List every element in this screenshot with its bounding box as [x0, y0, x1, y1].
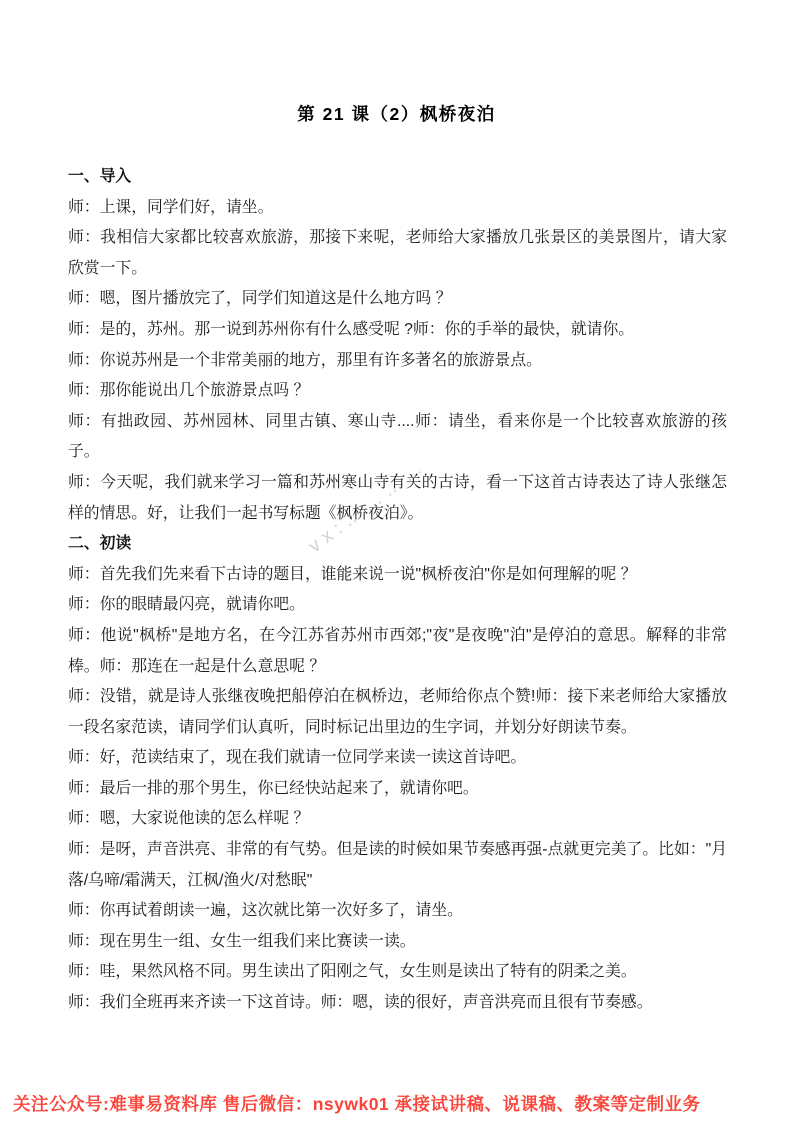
- document-body: 一、导入 师：上课，同学们好，请坐。 师：我相信大家都比较喜欢旅游，那接下来呢，…: [0, 162, 793, 1019]
- dialogue-line: 师：他说"枫桥"是地方名，在今江苏省苏州市西郊;"夜"是夜晚"泊"是停泊的意思。…: [68, 621, 727, 682]
- footer-promo: 关注公众号:难事易资料库 售后微信：nsywk01 承接试讲稿、说课稿、教案等定…: [13, 1091, 793, 1116]
- dialogue-line: 师：首先我们先来看下古诗的题目，谁能来说一说"枫桥夜泊"你是如何理解的呢 ？: [68, 560, 727, 591]
- dialogue-line: 师：你的眼睛最闪亮，就请你吧。: [68, 590, 727, 621]
- dialogue-line: 师：是的，苏州。那一说到苏州你有什么感受呢 ?师：你的手举的最快，就请你。: [68, 315, 727, 346]
- dialogue-line: 师：没错，就是诗人张继夜晚把船停泊在枫桥边，老师给你点个赞!师：接下来老师给大家…: [68, 682, 727, 743]
- dialogue-line: 师：你说苏州是一个非常美丽的地方，那里有许多著名的旅游景点。: [68, 346, 727, 377]
- section-heading-intro: 一、导入: [68, 162, 727, 193]
- dialogue-line: 师：嗯，图片播放完了，同学们知道这是什么地方吗 ？: [68, 284, 727, 315]
- dialogue-line: 师：那你能说出几个旅游景点吗 ？: [68, 376, 727, 407]
- page-title: 第 21 课（2）枫桥夜泊: [0, 101, 793, 126]
- dialogue-line: 师：上课，同学们好，请坐。: [68, 193, 727, 224]
- dialogue-line: 师：我们全班再来齐读一下这首诗。师：嗯，读的很好，声音洪亮而且很有节奏感。: [68, 988, 727, 1019]
- dialogue-line: 师：好，范读结束了，现在我们就请一位同学来读一读这首诗吧。: [68, 743, 727, 774]
- dialogue-line: 师：我相信大家都比较喜欢旅游，那接下来呢，老师给大家播放几张景区的美景图片，请大…: [68, 223, 727, 284]
- dialogue-line: 师：嗯，大家说他读的怎么样呢 ？: [68, 804, 727, 835]
- dialogue-line: 师：最后一排的那个男生，你已经快站起来了，就请你吧。: [68, 774, 727, 805]
- dialogue-line: 师：哇，果然风格不同。男生读出了阳刚之气，女生则是读出了特有的阴柔之美。: [68, 957, 727, 988]
- dialogue-line: 师：现在男生一组、女生一组我们来比赛读一读。: [68, 927, 727, 958]
- dialogue-line: 师：你再试着朗读一遍，这次就比第一次好多了，请坐。: [68, 896, 727, 927]
- dialogue-line: 师：是呀，声音洪亮、非常的有气势。但是读的时候如果节奏感再强-点就更完美了。比如…: [68, 835, 727, 896]
- section-heading-first-reading: 二、初读: [68, 529, 727, 560]
- dialogue-line: 师：今天呢，我们就来学习一篇和苏州寒山寺有关的古诗，看一下这首古诗表达了诗人张继…: [68, 468, 727, 529]
- document-page: 第 21 课（2）枫桥夜泊 一、导入 师：上课，同学们好，请坐。 师：我相信大家…: [0, 0, 793, 1122]
- dialogue-line: 师：有拙政园、苏州园林、同里古镇、寒山寺....师：请坐，看来你是一个比较喜欢旅…: [68, 407, 727, 468]
